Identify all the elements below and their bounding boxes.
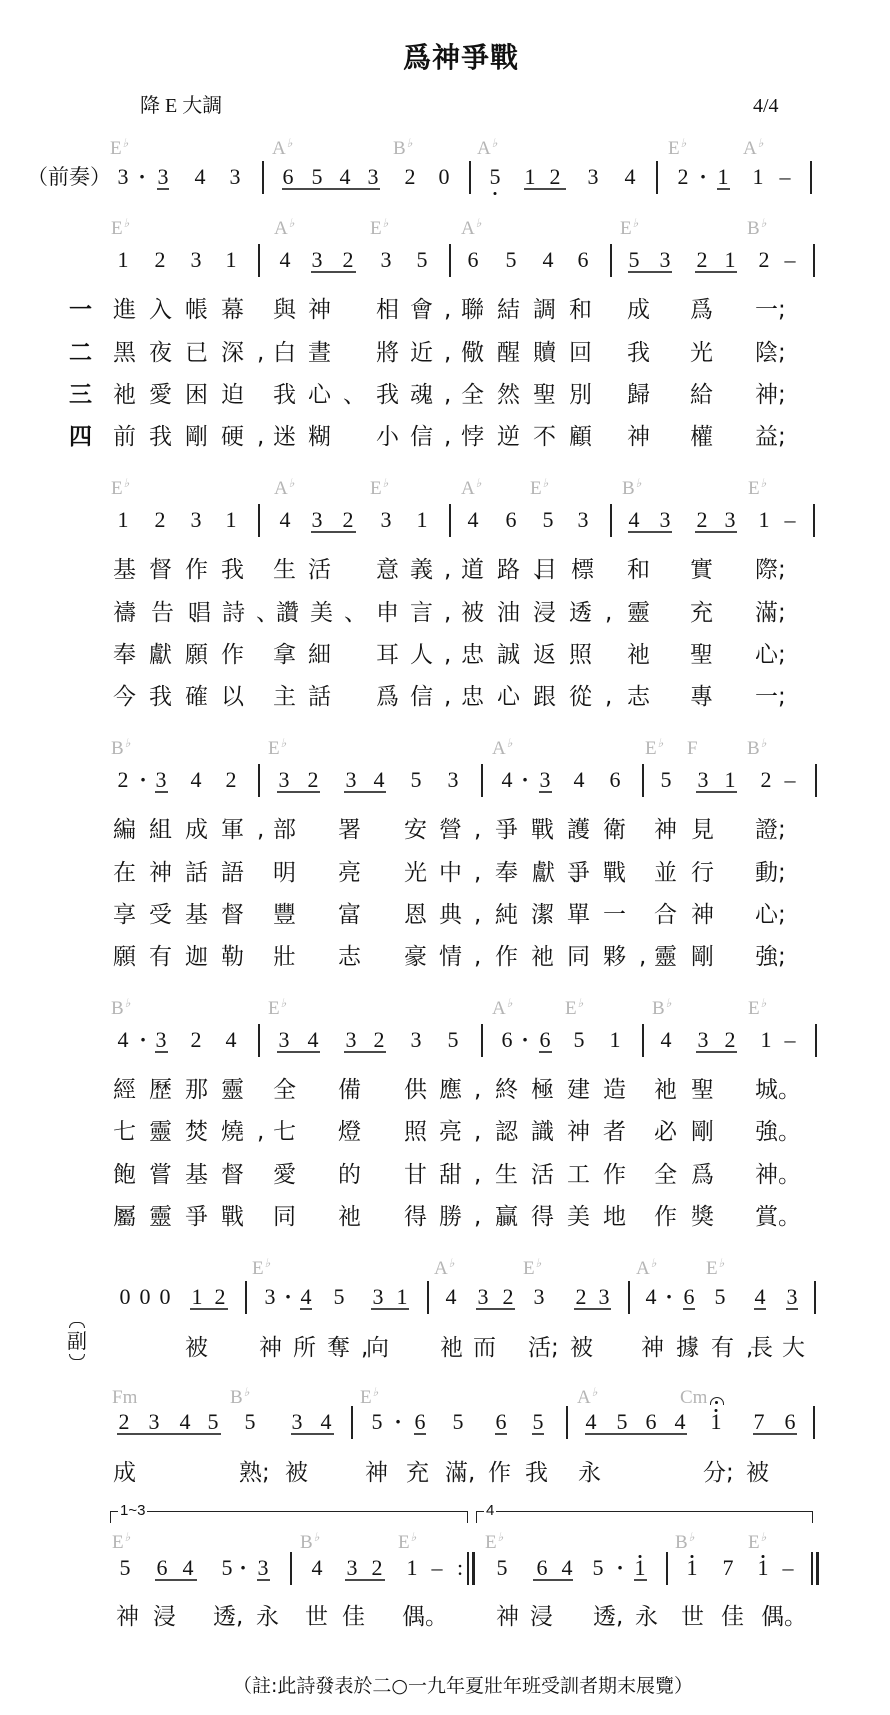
chord: B♭	[652, 993, 671, 1019]
lyric: 歸	[627, 382, 650, 408]
lyric: 署	[338, 817, 361, 843]
note: 1	[226, 507, 237, 533]
note: 3	[156, 1027, 167, 1053]
note: 3	[258, 1555, 269, 1581]
chord-root: Fm	[112, 1387, 137, 1408]
lyric: 奉獻願作	[113, 642, 257, 668]
lyric: 心;	[755, 902, 786, 928]
chord: E♭	[112, 1527, 130, 1553]
lyric: 一;	[755, 297, 786, 323]
lyric: 作	[488, 1460, 511, 1486]
note: 4	[321, 1409, 332, 1435]
lyric: 生活	[273, 557, 343, 583]
note-high-octave: 1	[687, 1555, 698, 1581]
lyric: 屬靈爭戰	[113, 1204, 257, 1230]
chord-root: E	[485, 1532, 497, 1553]
note: 2	[308, 767, 319, 793]
lyric: 認識神者	[495, 1119, 639, 1145]
note: 4	[183, 1555, 194, 1581]
flat-icon: ♭	[281, 996, 287, 1010]
barline	[810, 161, 812, 194]
note: 3	[230, 164, 241, 190]
lyric: 儆醒贖回	[461, 340, 605, 366]
lyric: 編組成軍,	[113, 817, 277, 843]
chord: A♭	[492, 733, 512, 759]
volta-line	[476, 1511, 813, 1512]
repeat-dots: :	[457, 1555, 463, 1581]
lyric: 祂	[627, 642, 650, 668]
chord: E♭	[268, 733, 286, 759]
chord-root: B	[393, 138, 406, 159]
beam-underline	[190, 1308, 228, 1310]
chord-root: B	[652, 998, 665, 1019]
lyric: 世佳	[305, 1604, 379, 1630]
note: 4	[574, 767, 585, 793]
chord-root: A	[434, 1258, 448, 1279]
lyric: 並行	[654, 860, 728, 886]
note: 2	[725, 1027, 736, 1053]
flat-icon: ♭	[761, 216, 767, 230]
barline	[610, 504, 612, 537]
beam-underline	[371, 1308, 409, 1310]
note: 3	[347, 1555, 358, 1581]
note: 4	[755, 1284, 766, 1310]
flat-icon: ♭	[125, 996, 131, 1010]
chord-root: B	[747, 738, 760, 759]
chord: E♭	[110, 133, 128, 159]
note: 5	[120, 1555, 131, 1581]
chord-root: A	[492, 738, 506, 759]
song-title: 爲神爭戰	[403, 36, 519, 76]
beam-underline	[345, 1579, 385, 1581]
chord-root: B	[111, 998, 124, 1019]
lyric: 爲信,	[376, 684, 462, 710]
barline	[245, 1281, 247, 1314]
note: 6	[468, 247, 479, 273]
flat-icon: ♭	[492, 136, 498, 150]
lyric: 神	[365, 1460, 388, 1486]
note: 4	[191, 767, 202, 793]
barline	[290, 1552, 292, 1585]
flat-icon: ♭	[125, 736, 131, 750]
lyric: 被	[285, 1460, 308, 1486]
lyric: 目標	[534, 557, 608, 583]
note-high-octave: 1	[635, 1555, 646, 1581]
beam-underline	[539, 1051, 552, 1053]
note: 4	[340, 164, 351, 190]
flat-icon: ♭	[507, 996, 513, 1010]
lyric: 神浸	[116, 1604, 190, 1630]
note: 4	[468, 507, 479, 533]
note: 4	[543, 247, 554, 273]
lyric: 作祂同夥,	[495, 944, 659, 970]
beam-underline	[696, 791, 737, 793]
lyric: 權	[690, 424, 713, 450]
beam-underline	[117, 1433, 221, 1435]
note: 1	[397, 1284, 408, 1310]
lyric: 祂愛困迫	[113, 382, 257, 408]
augmentation-dot: ·	[394, 1409, 401, 1435]
note: 3	[540, 767, 551, 793]
note: 3	[373, 1284, 384, 1310]
flat-icon: ♭	[289, 476, 295, 490]
lyric: 和	[627, 557, 650, 583]
lyric: 神;	[755, 382, 786, 408]
note: 5	[245, 1409, 256, 1435]
note: 2	[405, 164, 416, 190]
lyric: 靈剛	[654, 944, 728, 970]
verse-number: 二	[69, 340, 92, 366]
lyric: 相會,	[376, 297, 462, 323]
beam-underline	[754, 1308, 766, 1310]
chord-root: B	[300, 1532, 313, 1553]
flat-icon: ♭	[633, 216, 639, 230]
chord-root: B	[747, 218, 760, 239]
note: 3	[381, 507, 392, 533]
chorus-label: 副	[66, 1322, 88, 1360]
lyric: 願有迦勒	[113, 944, 257, 970]
note: 3	[448, 767, 459, 793]
lyric: 世佳	[681, 1604, 761, 1630]
note: 3	[660, 507, 671, 533]
lyric: 陰;	[755, 340, 786, 366]
lyric: 永	[256, 1604, 279, 1630]
flat-icon: ♭	[536, 1256, 542, 1270]
chord-root: E	[252, 1258, 264, 1279]
lyric: 活;	[528, 1335, 559, 1361]
note: 3	[411, 1027, 422, 1053]
chord-root: B	[230, 1387, 243, 1408]
note: 4	[280, 247, 291, 273]
flat-icon: ♭	[244, 1385, 250, 1399]
rest: 0	[160, 1284, 171, 1310]
note: 3	[149, 1409, 160, 1435]
chord-root: B	[622, 478, 635, 499]
chord-root: E	[748, 998, 760, 1019]
note-low-octave: 5	[490, 164, 501, 190]
barline	[258, 1024, 260, 1057]
chord-root: E	[748, 1532, 760, 1553]
barline	[642, 764, 644, 797]
note: 1	[753, 164, 764, 190]
lyric: 證;	[755, 817, 786, 843]
lyric: 滿,	[445, 1460, 475, 1486]
lyric: 合神	[654, 902, 728, 928]
chord-root: A	[274, 218, 288, 239]
lyric: 透,	[213, 1604, 243, 1630]
flat-icon: ♭	[289, 216, 295, 230]
note: 4	[280, 507, 291, 533]
note: 4	[562, 1555, 573, 1581]
augmentation-dot: ·	[521, 767, 528, 793]
note: 2	[155, 247, 166, 273]
note: 4	[586, 1409, 597, 1435]
lyric: 強。	[755, 1119, 801, 1145]
lyric: 豪情,	[404, 944, 493, 970]
flat-icon: ♭	[373, 1385, 379, 1399]
dash-extension: –	[432, 1555, 443, 1581]
note: 5	[661, 767, 672, 793]
chord-root: B	[675, 1532, 688, 1553]
note: 6	[785, 1409, 796, 1435]
beam-underline	[157, 188, 169, 190]
dash-extension: –	[785, 247, 796, 273]
verse-number: 四	[69, 424, 92, 450]
beam-underline	[628, 531, 672, 533]
augmentation-dot: ·	[699, 164, 706, 190]
chord: E♭	[706, 1253, 724, 1279]
note: 3	[599, 1284, 610, 1310]
lyric: 燈	[338, 1119, 361, 1145]
augmentation-dot: ·	[139, 767, 146, 793]
flat-icon: ♭	[265, 1256, 271, 1270]
volta-tick	[467, 1511, 468, 1523]
beam-underline	[628, 271, 672, 273]
chord: E♭	[370, 473, 388, 499]
chord: B♭	[747, 733, 766, 759]
chord-root: E	[530, 478, 542, 499]
barline	[351, 1406, 353, 1439]
augmentation-dot: ·	[665, 1284, 672, 1310]
barline	[258, 244, 260, 277]
lyric: 申言,	[376, 600, 462, 626]
lyric: 前我剛硬,	[113, 424, 277, 450]
chord: E♭	[748, 1527, 766, 1553]
dash-extension: –	[783, 1555, 794, 1581]
lyric: 基督作我	[113, 557, 257, 583]
beam-underline	[696, 1051, 737, 1053]
lyric: 神見	[654, 817, 728, 843]
note: 6	[157, 1555, 168, 1581]
chord-root: A	[477, 138, 491, 159]
barline	[481, 1024, 483, 1057]
chord-root: E	[668, 138, 680, 159]
flat-icon: ♭	[761, 476, 767, 490]
lyric: 飽嘗基督	[113, 1162, 257, 1188]
beam-underline	[277, 1051, 320, 1053]
lyric: 全然聖別	[461, 382, 605, 408]
chord-root: A	[492, 998, 506, 1019]
chord: B♭	[393, 133, 412, 159]
lyric: 祂而	[440, 1335, 506, 1361]
note: 5	[312, 164, 323, 190]
note: 2	[678, 164, 689, 190]
lyric: 實	[690, 557, 713, 583]
flat-icon: ♭	[761, 1530, 767, 1544]
note: 5	[334, 1284, 345, 1310]
note: 4	[502, 767, 513, 793]
note: 4	[446, 1284, 457, 1310]
flat-icon: ♭	[123, 136, 129, 150]
barline	[610, 244, 612, 277]
chord-root: E	[523, 1258, 535, 1279]
volta-label: 1~3	[118, 1503, 147, 1519]
note: 3	[346, 1027, 357, 1053]
note: 4	[625, 164, 636, 190]
flat-icon: ♭	[287, 136, 293, 150]
flat-icon: ♭	[125, 1530, 131, 1544]
barline	[656, 161, 658, 194]
note: 4	[646, 1284, 657, 1310]
chord: B♭	[111, 733, 130, 759]
note: 6	[684, 1284, 695, 1310]
note: 3	[660, 247, 671, 273]
note: 5	[593, 1555, 604, 1581]
chord: A♭	[461, 473, 481, 499]
lyric: 忠心跟從,	[461, 684, 625, 710]
note: 3	[191, 507, 202, 533]
beam-underline	[683, 1308, 695, 1310]
note: 3	[312, 507, 323, 533]
prelude-label: （前奏）	[27, 164, 111, 190]
note: 2	[191, 1027, 202, 1053]
beam-underline	[291, 1433, 334, 1435]
note: 3	[118, 164, 129, 190]
chord-root: E	[706, 1258, 718, 1279]
lyric: 亮	[338, 860, 361, 886]
barline	[566, 1406, 568, 1439]
beam-underline	[524, 188, 566, 190]
final-barline-thin	[811, 1552, 813, 1585]
lyric: 祂聖	[654, 1077, 728, 1103]
flat-icon: ♭	[449, 1256, 455, 1270]
note: 6	[502, 1027, 513, 1053]
lyric: 滿;	[755, 600, 786, 626]
lyric: 充	[690, 600, 713, 626]
chord: E♭	[485, 1527, 503, 1553]
chord: A♭	[577, 1382, 597, 1408]
note: 5	[533, 1409, 544, 1435]
lyric: 生活工作	[495, 1162, 639, 1188]
note: 1	[192, 1284, 203, 1310]
chord: F	[687, 733, 699, 759]
note: 5	[543, 507, 554, 533]
lyric: 心;	[755, 642, 786, 668]
dash-extension: –	[785, 507, 796, 533]
lyric: 向	[366, 1335, 389, 1361]
flat-icon: ♭	[507, 736, 513, 750]
lyric: 爭戰	[567, 860, 639, 886]
chord: A♭	[461, 213, 481, 239]
lyric: 永	[635, 1604, 658, 1630]
chord: E♭	[620, 213, 638, 239]
barline	[813, 504, 815, 537]
note: 4	[374, 767, 385, 793]
note: 4	[629, 507, 640, 533]
chord: A♭	[477, 133, 497, 159]
chord-root: A	[577, 1387, 591, 1408]
note: 1	[759, 507, 770, 533]
lyric: 神據有,	[641, 1335, 765, 1361]
flat-icon: ♭	[383, 476, 389, 490]
lyric: 被	[746, 1460, 769, 1486]
chord: E♭	[398, 1527, 416, 1553]
flat-icon: ♭	[719, 1256, 725, 1270]
chord-root: E	[360, 1387, 372, 1408]
flat-icon: ♭	[498, 1530, 504, 1544]
lyric: 熟;	[239, 1460, 270, 1486]
beam-underline	[717, 188, 730, 190]
note: 3	[381, 247, 392, 273]
chord: A♭	[274, 473, 294, 499]
lyric: 爲	[690, 297, 713, 323]
lyric: 作獎	[654, 1204, 728, 1230]
chord: B♭	[675, 1527, 694, 1553]
beam-underline	[476, 1308, 515, 1310]
repeat-barline-thin	[467, 1552, 469, 1585]
lyric: 偶。	[402, 1604, 448, 1630]
dash-extension: –	[785, 1027, 796, 1053]
chord: E♭	[111, 473, 129, 499]
note: 2	[374, 1027, 385, 1053]
chord-root: E	[748, 478, 760, 499]
flat-icon: ♭	[407, 136, 413, 150]
volta-tick	[476, 1511, 477, 1523]
note: 1	[725, 247, 736, 273]
lyric: 祂	[338, 1204, 361, 1230]
barline	[449, 244, 451, 277]
chord: E♭	[668, 133, 686, 159]
lyric: 必剛	[654, 1119, 728, 1145]
lyric: 光	[690, 340, 713, 366]
note: 3	[578, 507, 589, 533]
volta-tick	[812, 1511, 813, 1523]
lyric: 部	[273, 817, 296, 843]
chord-root: A	[743, 138, 757, 159]
barline	[813, 1406, 815, 1439]
lyric: 與神	[273, 297, 343, 323]
note: 2	[761, 767, 772, 793]
chord: E♭	[252, 1253, 270, 1279]
lyric: 神。	[755, 1162, 801, 1188]
beam-underline	[695, 531, 737, 533]
chord: E♭	[530, 473, 548, 499]
dash-extension: –	[780, 164, 791, 190]
chord-root: A	[461, 218, 475, 239]
beam-underline	[414, 1433, 426, 1435]
note: 2	[155, 507, 166, 533]
key-signature: 降 E 大調	[140, 94, 222, 118]
note: 3	[312, 247, 323, 273]
lyric: 意義,	[376, 557, 462, 583]
chord: E♭	[111, 213, 129, 239]
note: 2	[759, 247, 770, 273]
beam-underline	[300, 1308, 312, 1310]
note: 6	[415, 1409, 426, 1435]
chord: A♭	[636, 1253, 656, 1279]
lyric: 唱詩、	[188, 600, 290, 626]
note: 2	[372, 1555, 383, 1581]
note: 1	[118, 247, 129, 273]
note: 5	[411, 767, 422, 793]
beam-underline	[585, 1433, 687, 1435]
barline	[449, 504, 451, 537]
note: 2	[118, 767, 129, 793]
note: 5	[417, 247, 428, 273]
lyric: 明	[273, 860, 296, 886]
chord: E♭	[748, 473, 766, 499]
lyric: 安營,	[404, 817, 493, 843]
note: 5	[208, 1409, 219, 1435]
augmentation-dot: ·	[138, 164, 145, 190]
chord-root: A	[272, 138, 286, 159]
lyric: 靈	[627, 600, 650, 626]
lyric: 志	[627, 684, 650, 710]
hymn-score-page: 爲神爭戰 降 E 大調 4/4 E♭ A♭ B♭ A♭ E♭ A♭ （前奏） 3…	[0, 0, 890, 1715]
beam-underline	[634, 1579, 647, 1581]
barline	[815, 764, 817, 797]
lyric: 黑夜已深,	[113, 340, 277, 366]
